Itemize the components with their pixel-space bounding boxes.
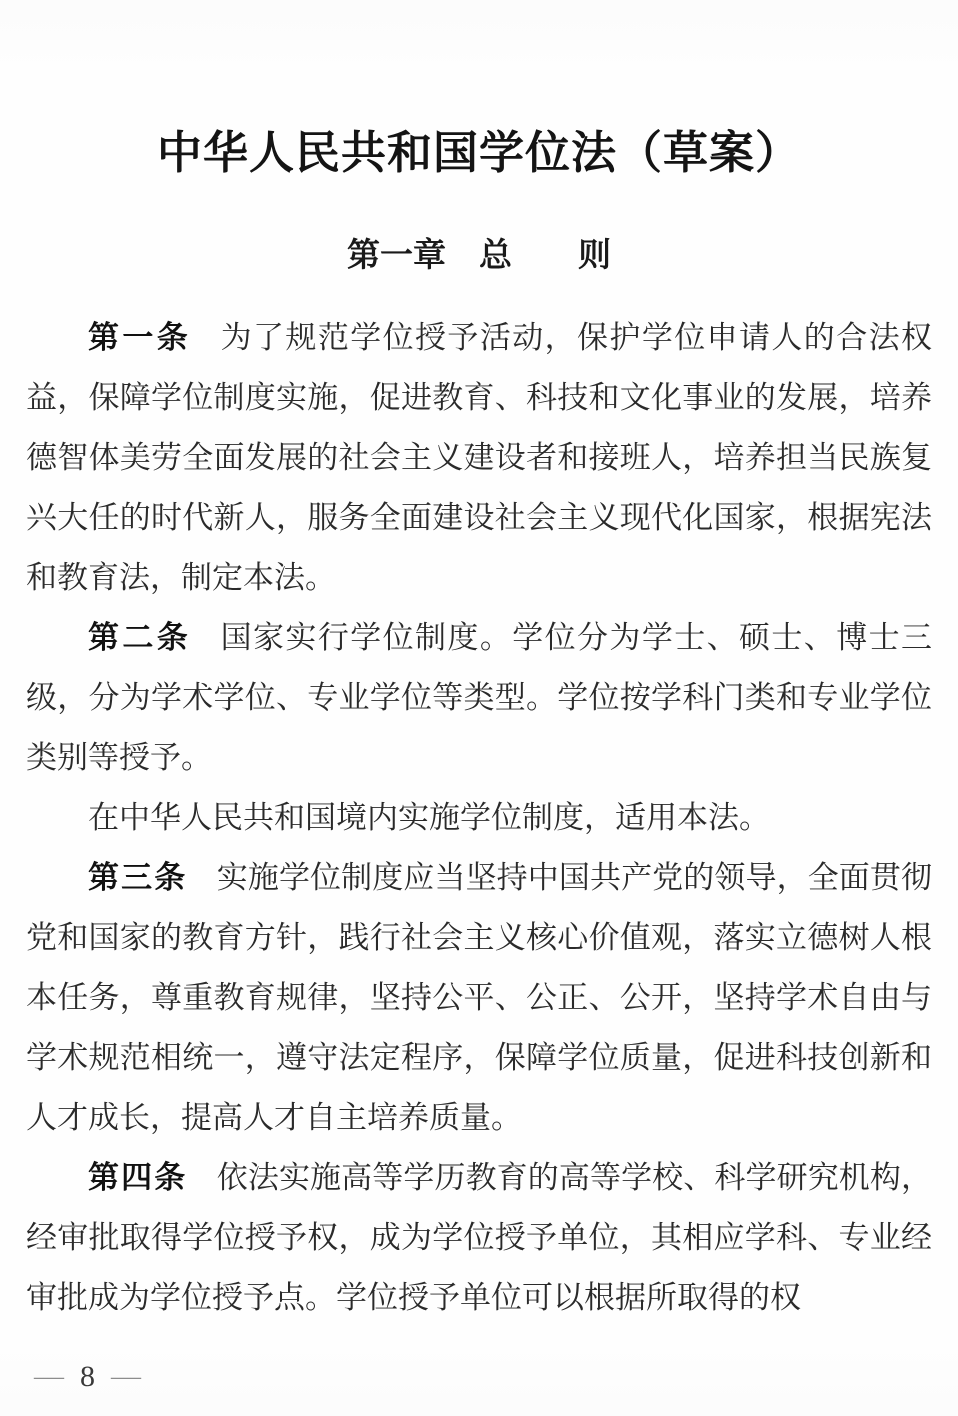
article-paragraph: 在中华人民共和国境内实施学位制度，适用本法。 bbox=[26, 788, 932, 848]
document-page: 中华人民共和国学位法（草案） 第一章 总 则 第一条为了规范学位授予活动，保护学… bbox=[0, 0, 958, 1416]
document-body: 第一条为了规范学位授予活动，保护学位申请人的合法权益，保障学位制度实施，促进教育… bbox=[26, 308, 932, 1328]
document-title: 中华人民共和国学位法（草案） bbox=[0, 0, 958, 180]
article-paragraph: 第一条为了规范学位授予活动，保护学位申请人的合法权益，保障学位制度实施，促进教育… bbox=[26, 308, 932, 608]
footer-dash-left: — bbox=[34, 1364, 64, 1390]
article-label: 第一条 bbox=[88, 320, 191, 355]
article-text: 在中华人民共和国境内实施学位制度，适用本法。 bbox=[88, 800, 770, 835]
article-label: 第四条 bbox=[88, 1160, 187, 1195]
article-paragraph: 第二条国家实行学位制度。学位分为学士、硕士、博士三级，分为学术学位、专业学位等类… bbox=[26, 608, 932, 788]
footer-dash-right: — bbox=[111, 1364, 141, 1390]
chapter-heading: 第一章 总 则 bbox=[0, 180, 958, 274]
article-text: 为了规范学位授予活动，保护学位申请人的合法权益，保障学位制度实施，促进教育、科技… bbox=[26, 320, 932, 595]
article-paragraph: 第三条实施学位制度应当坚持中国共产党的领导，全面贯彻党和国家的教育方针，践行社会… bbox=[26, 848, 932, 1148]
article-label: 第三条 bbox=[88, 860, 187, 895]
page-number: 8 bbox=[80, 1362, 95, 1392]
article-text: 实施学位制度应当坚持中国共产党的领导，全面贯彻党和国家的教育方针，践行社会主义核… bbox=[26, 860, 932, 1135]
article-label: 第二条 bbox=[88, 620, 191, 655]
page-footer: — 8 — bbox=[34, 1362, 141, 1392]
article-paragraph: 第四条依法实施高等学历教育的高等学校、科学研究机构，经审批取得学位授予权，成为学… bbox=[26, 1148, 932, 1328]
